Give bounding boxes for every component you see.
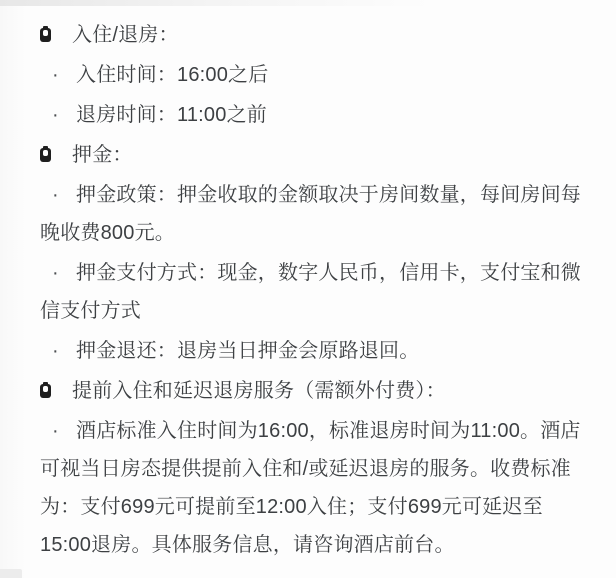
dot-bullet-icon: ·	[52, 332, 76, 370]
policy-text: 提前入住和延迟退房服务（需额外付费）：	[72, 380, 446, 402]
section-heading: 入住/退房：	[40, 16, 592, 54]
policy-text: 酒店标准入住时间为16:00，标准退房时间为11:00。酒店可视当日房态提供提前…	[40, 420, 581, 556]
policy-text: 入住时间：16:00之后	[76, 64, 268, 86]
policy-item: ·押金支付方式：现金，数字人民币，信用卡，支付宝和微信支付方式	[40, 254, 592, 330]
policy-text: 押金：	[72, 144, 133, 166]
section-bullet-icon	[40, 28, 51, 42]
policy-text: 入住/退房：	[72, 24, 179, 46]
policy-item: ·入住时间：16:00之后	[40, 56, 592, 94]
dot-bullet-icon: ·	[52, 96, 76, 134]
section-heading: 押金：	[40, 136, 592, 174]
policy-text: 退房时间：11:00之前	[76, 104, 267, 126]
policy-item: ·押金政策：押金收取的金额取决于房间数量，每间房间每晚收费800元。	[40, 176, 592, 252]
policy-item: ·押金退还：退房当日押金会原路退回。	[40, 332, 592, 370]
policy-page: 入住/退房：·入住时间：16:00之后·退房时间：11:00之前押金：·押金政策…	[0, 0, 616, 578]
dot-bullet-icon: ·	[52, 176, 76, 214]
policy-item: ·退房时间：11:00之前	[40, 96, 592, 134]
policy-text: 押金支付方式：现金，数字人民币，信用卡，支付宝和微信支付方式	[40, 262, 581, 322]
section-heading: 提前入住和延迟退房服务（需额外付费）：	[40, 372, 592, 410]
policy-item: ·酒店标准入住时间为16:00，标准退房时间为11:00。酒店可视当日房态提供提…	[40, 412, 592, 564]
dot-bullet-icon: ·	[52, 412, 76, 450]
policy-text: 押金退还：退房当日押金会原路退回。	[76, 340, 419, 362]
policy-text: 押金政策：押金收取的金额取决于房间数量，每间房间每晚收费800元。	[40, 184, 581, 244]
dot-bullet-icon: ·	[52, 56, 76, 94]
bottom-left-edge-artifact	[0, 569, 22, 578]
section-bullet-icon	[40, 384, 51, 398]
section-bullet-icon	[40, 148, 51, 162]
dot-bullet-icon: ·	[52, 254, 76, 292]
policy-list: 入住/退房：·入住时间：16:00之后·退房时间：11:00之前押金：·押金政策…	[0, 0, 616, 564]
